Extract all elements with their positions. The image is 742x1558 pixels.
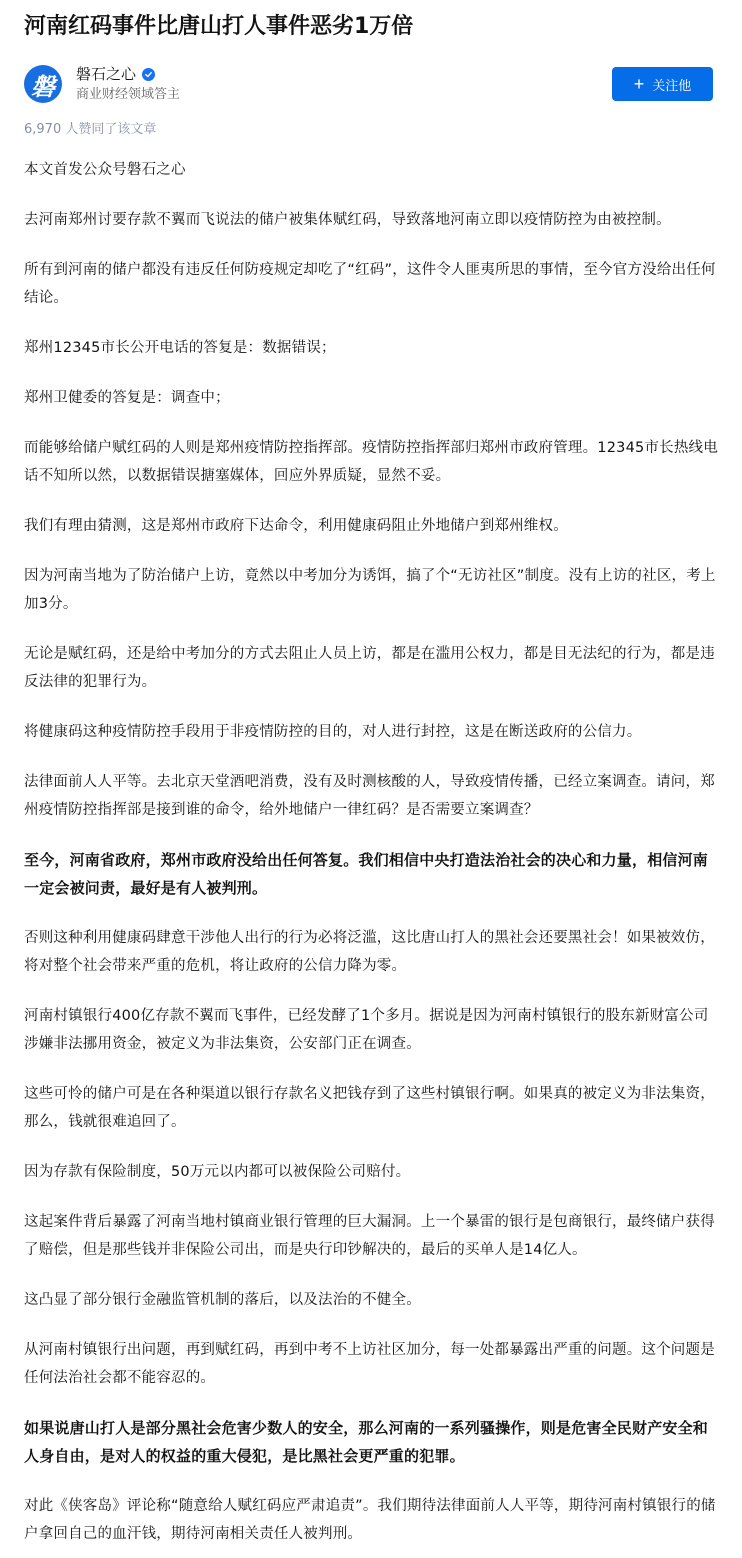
plus-icon: + xyxy=(634,75,645,93)
article-paragraph: 这起案件背后暴露了河南当地村镇商业银行管理的巨大漏洞。上一个暴雷的银行是包商银行… xyxy=(24,1208,718,1264)
article-paragraph: 本文首发公众号磐石之心 xyxy=(24,156,718,184)
author-row: 磐 磐石之心 商业财经领域答主 + 关注他 xyxy=(24,64,718,104)
voters-count[interactable]: 6,970 人赞同了该文章 xyxy=(24,120,718,140)
author-avatar[interactable]: 磐 xyxy=(24,65,62,103)
verified-badge-icon xyxy=(142,68,155,81)
follow-button-label: 关注他 xyxy=(652,75,691,94)
article-paragraph: 从河南村镇银行出问题，再到赋红码，再到中考不上访社区加分，每一处都暴露出严重的问… xyxy=(24,1336,718,1392)
author-name-row: 磐石之心 xyxy=(76,64,180,84)
follow-button[interactable]: + 关注他 xyxy=(612,67,713,101)
article-paragraph: 我们有理由猜测，这是郑州市政府下达命令，利用健康码阻止外地储户到郑州维权。 xyxy=(24,512,718,540)
article-paragraph: 法律面前人人平等。去北京天堂酒吧消费，没有及时测核酸的人，导致疫情传播，已经立案… xyxy=(24,768,718,824)
avatar-glyph: 磐 xyxy=(31,67,55,102)
article-paragraph: 而能够给储户赋红码的人则是郑州疫情防控指挥部。疫情防控指挥部归郑州市政府管理。1… xyxy=(24,434,718,490)
article-paragraph: 郑州卫健委的答复是：调查中； xyxy=(24,384,718,412)
article-paragraph: 所有到河南的储户都没有违反任何防疫规定却吃了“红码”，这件令人匪夷所思的事情，至… xyxy=(24,256,718,312)
article-title: 河南红码事件比唐山打人事件恶劣1万倍 xyxy=(24,0,718,42)
article-paragraph: 这凸显了部分银行金融监管机制的落后，以及法治的不健全。 xyxy=(24,1286,718,1314)
article-paragraph: 河南村镇银行400亿存款不翼而飞事件，已经发酵了1个多月。据说是因为河南村镇银行… xyxy=(24,1002,718,1058)
author-headline: 商业财经领域答主 xyxy=(76,86,180,104)
article-paragraph: 郑州12345市长公开电话的答复是：数据错误； xyxy=(24,334,718,362)
article-paragraph: 因为河南当地为了防治储户上访，竟然以中考加分为诱饵，搞了个“无访社区”制度。没有… xyxy=(24,562,718,618)
article-paragraph: 因为存款有保险制度，50万元以内都可以被保险公司赔付。 xyxy=(24,1158,718,1186)
article-body: 本文首发公众号磐石之心去河南郑州讨要存款不翼而飞说法的储户被集体赋红码，导致落地… xyxy=(24,156,718,1548)
article-paragraph: 无论是赋红码，还是给中考加分的方式去阻止人员上访，都是在滥用公权力，都是目无法纪… xyxy=(24,640,718,696)
author-info: 磐石之心 商业财经领域答主 xyxy=(76,64,180,104)
article-paragraph: 这些可怜的储户可是在各种渠道以银行存款名义把钱存到了这些村镇银行啊。如果真的被定… xyxy=(24,1080,718,1136)
article-paragraph: 对此《侠客岛》评论称“随意给人赋红码应严肃追责”。我们期待法律面前人人平等，期待… xyxy=(24,1492,718,1548)
article-paragraph: 去河南郑州讨要存款不翼而飞说法的储户被集体赋红码，导致落地河南立即以疫情防控为由… xyxy=(24,206,718,234)
article-paragraph: 将健康码这种疫情防控手段用于非疫情防控的目的，对人进行封控，这是在断送政府的公信… xyxy=(24,718,718,746)
article-paragraph: 否则这种利用健康码肆意干涉他人出行的行为必将泛滥，这比唐山打人的黑社会还要黑社会… xyxy=(24,924,718,980)
article-paragraph: 如果说唐山打人是部分黑社会危害少数人的安全，那么河南的一系列骚操作，则是危害全民… xyxy=(24,1414,718,1470)
article-paragraph: 至今，河南省政府，郑州市政府没给出任何答复。我们相信中央打造法治社会的决心和力量… xyxy=(24,846,718,902)
author-name[interactable]: 磐石之心 xyxy=(76,64,136,84)
